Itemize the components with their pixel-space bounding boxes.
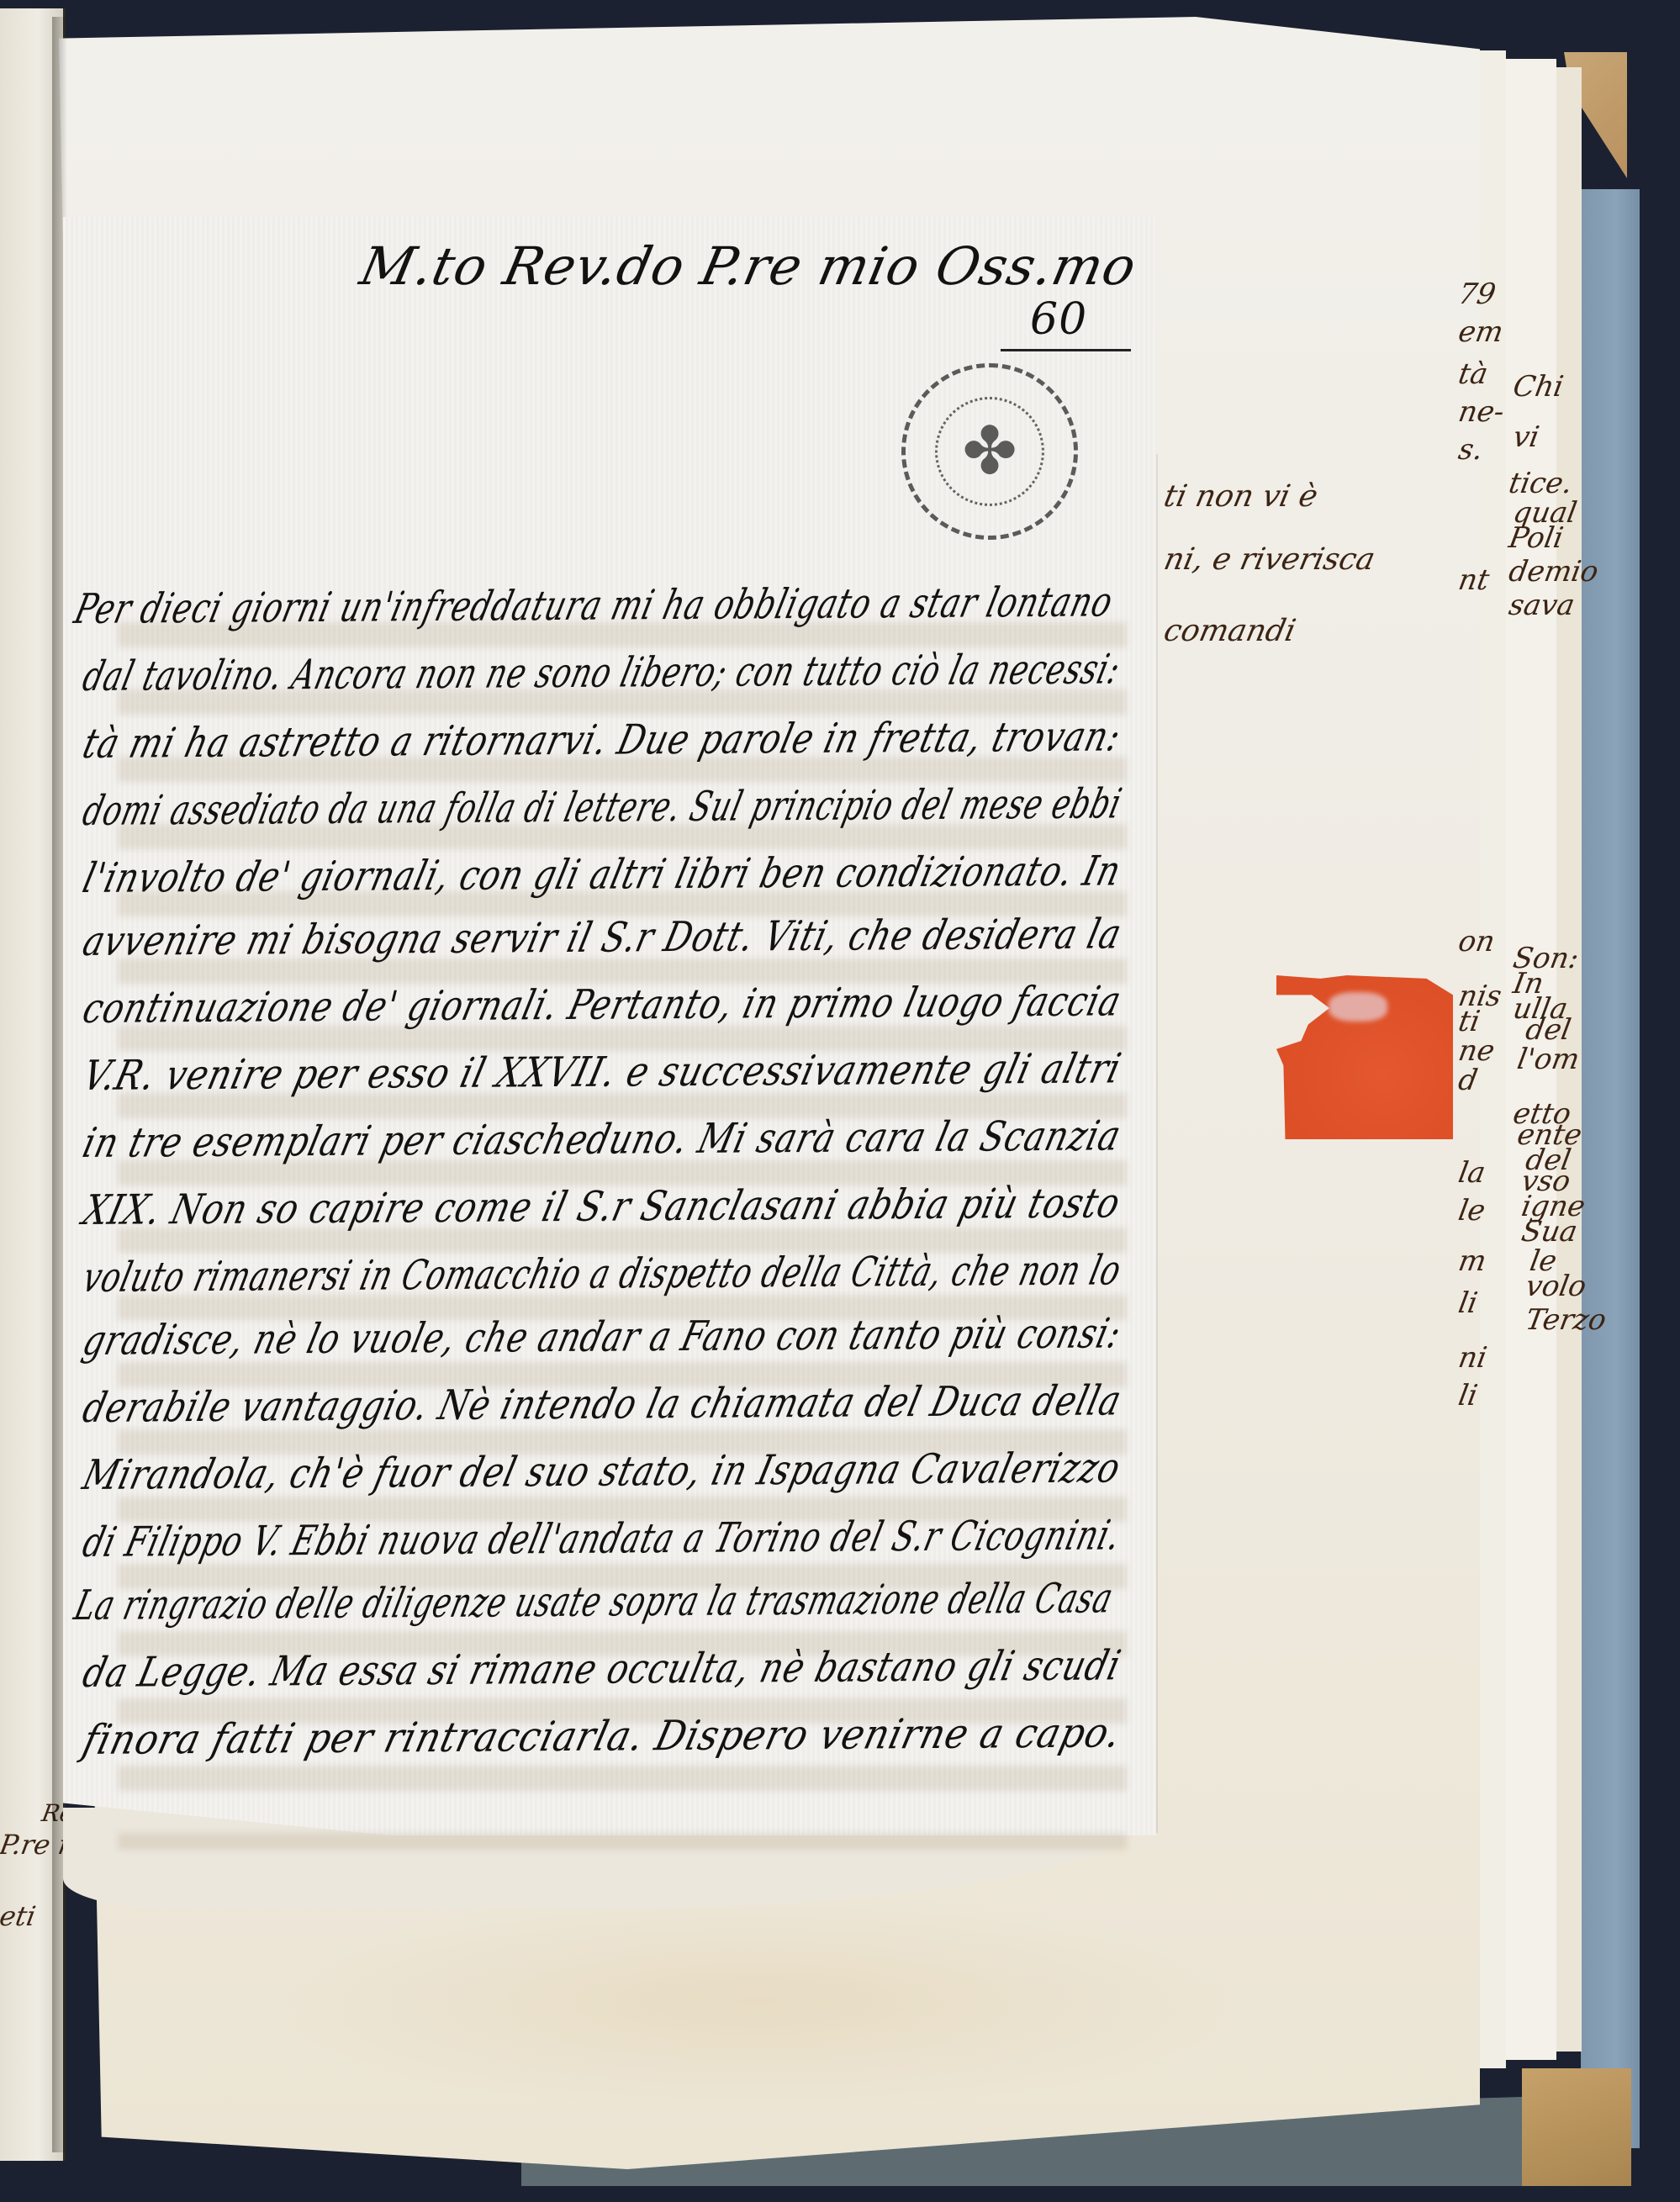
letter-line: Per dieci giorni un'infreddatura mi ha o… — [71, 581, 1117, 630]
letter-line: Mirandola, ch'è fuor del suo stato, in I… — [79, 1447, 1124, 1496]
edge-fragment: sava — [1506, 589, 1577, 622]
letter-line: La ringrazio delle diligenze usate sopra… — [71, 1577, 1117, 1626]
edge-fragment: on — [1455, 925, 1497, 958]
edge-fragment: nt — [1455, 563, 1492, 597]
letter-line: in tre esemplari per ciascheduno. Mi sar… — [79, 1115, 1125, 1164]
foxing-stain — [252, 1892, 1261, 2110]
edge-fragment: em — [1455, 315, 1505, 349]
letter-line: finora fatti per rintracciarla. Dispero … — [79, 1712, 1125, 1761]
letter-line: gradisce, nè lo vuole, che andar a Fano … — [79, 1312, 1125, 1361]
letter-line: V.R. venire per esso il XXVII. e success… — [79, 1048, 1125, 1096]
edge-fragment: demio — [1506, 555, 1601, 589]
letter-line: continuazione de' giornali. Pertanto, in… — [79, 980, 1125, 1029]
margin-note: ni, e riverisca — [1161, 542, 1378, 577]
edge-fragment: l'om — [1514, 1043, 1582, 1076]
edge-fragment: del — [1523, 1013, 1573, 1047]
letter-line: domi assediato da una folla di lettere. … — [79, 783, 1126, 832]
edge-fragment: ne- — [1455, 395, 1507, 429]
edge-fragment: Terzo — [1523, 1303, 1609, 1337]
folio-number: 60 — [1030, 294, 1087, 345]
letter-line: di Filippo V. Ebbi nuova dell'andata a T… — [79, 1514, 1125, 1563]
edge-fragment: Sua — [1519, 1215, 1580, 1249]
blue-backing-board — [1581, 189, 1640, 2148]
edge-fragment: Poli — [1506, 521, 1566, 555]
letter-line: XIX. Non so capire come il S.r Sanclasan… — [79, 1182, 1124, 1231]
left-page-fragment: eti — [0, 1900, 38, 1932]
letter-line: da Legge. Ma essa si rimane occulta, nè … — [79, 1645, 1125, 1693]
margin-note: comandi — [1161, 614, 1299, 648]
letter-line: l'involto de' giornali, con gli altri li… — [79, 850, 1125, 899]
letter-line: voluto rimanersi in Comacchio a dispetto… — [79, 1249, 1125, 1298]
edge-fragment: tice. — [1506, 467, 1575, 500]
edge-fragment: 79 — [1455, 277, 1498, 311]
letter-line: tà mi ha astretto a ritornarvi. Due paro… — [79, 716, 1125, 764]
folio-underline — [1001, 349, 1131, 351]
margin-note: ti non vi è — [1161, 479, 1321, 514]
page-crease — [1156, 454, 1158, 1833]
edge-fragment: Chi — [1510, 370, 1566, 404]
leather-corner-bottom — [1522, 2068, 1631, 2186]
edge-fragment: ne — [1455, 1034, 1497, 1068]
letter-line: dal tavolino. Ancora non ne sono libero;… — [79, 648, 1124, 697]
salutation: M.to Rev.do P.re mio Oss.mo — [355, 235, 1142, 297]
letter-line: derabile vantaggio. Nè intendo la chiama… — [79, 1380, 1126, 1428]
edge-fragment: volo — [1523, 1270, 1588, 1303]
edge-fragment: tà — [1455, 357, 1490, 391]
wax-pale-patch — [1329, 992, 1387, 1022]
eagle-icon: ✤ — [946, 408, 1033, 495]
letter-line: avvenire mi bisogna servir il S.r Dott. … — [79, 913, 1126, 962]
